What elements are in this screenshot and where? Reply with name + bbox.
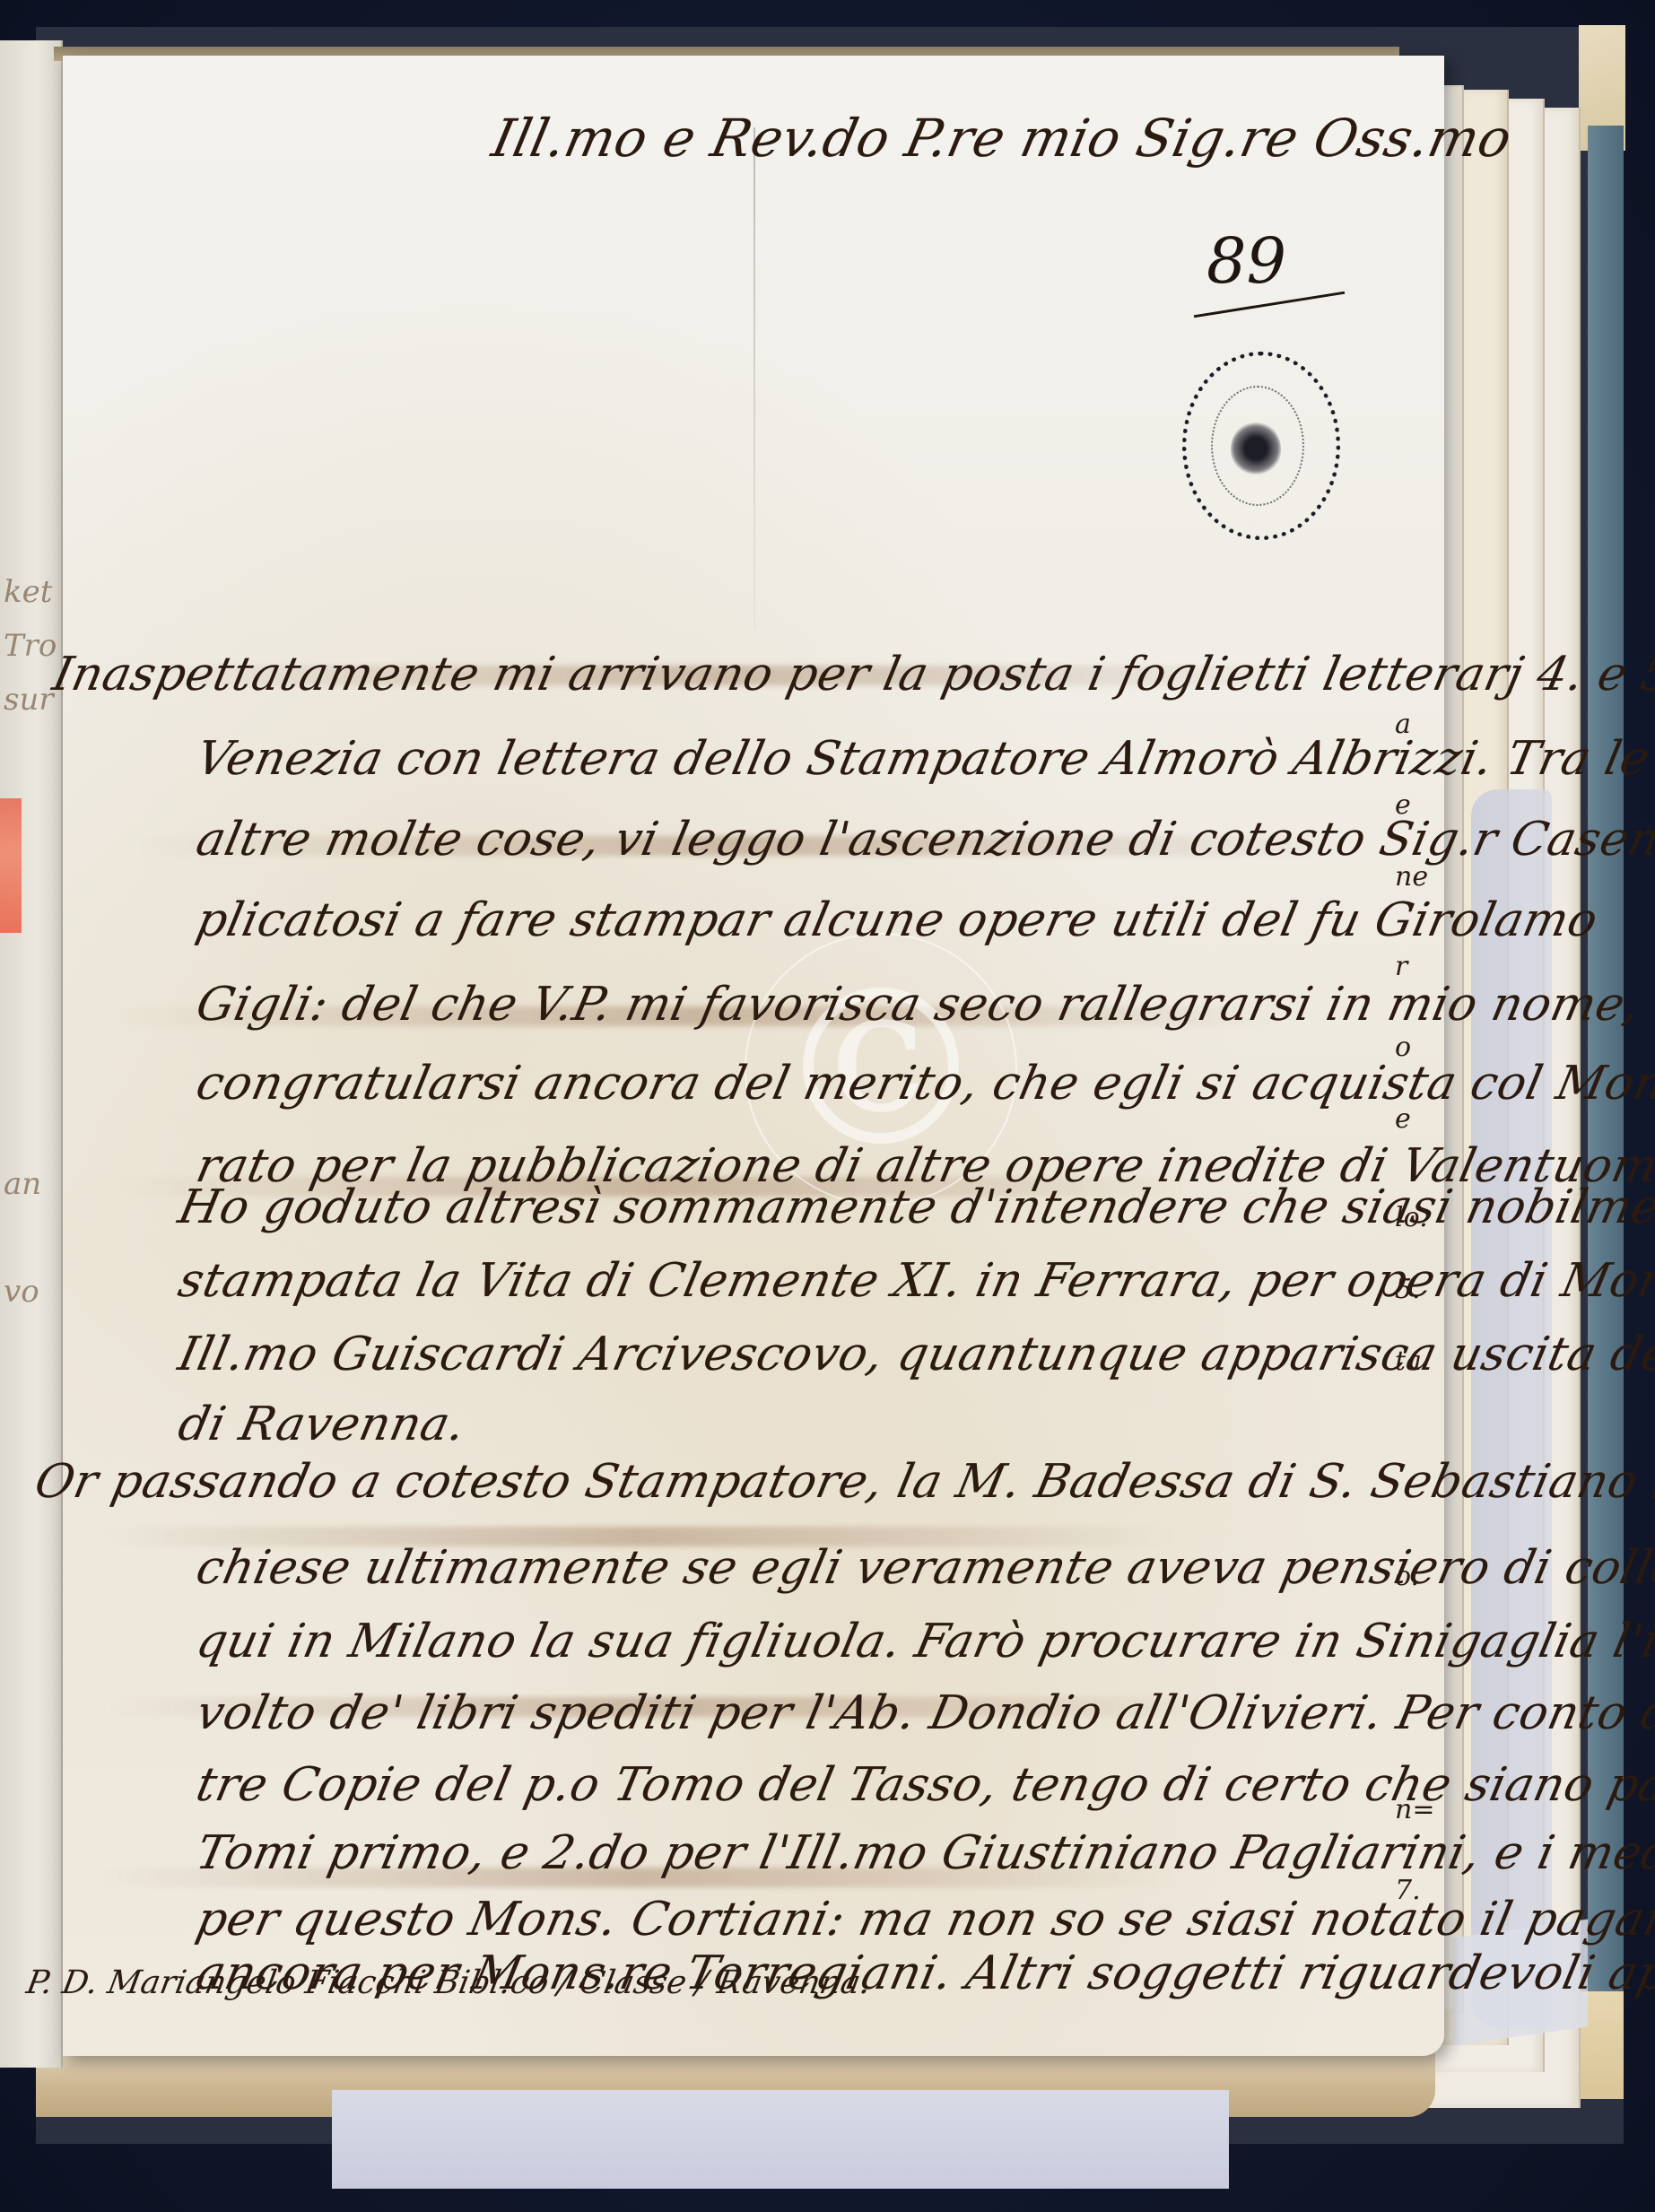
letter-salutation: Ill.mo e Rev.do P.re mio Sig.re Oss.mo [487, 108, 1518, 169]
letter-line: stampata la Vita di Clemente XI. in Ferr… [174, 1254, 1655, 1308]
letter-line: Venezia con lettera dello Stampatore Alm… [192, 732, 1655, 786]
folio-number: 89 [1206, 224, 1286, 298]
letter-line: altre molte cose, vi leggo l'ascenzione … [192, 813, 1655, 867]
margin-note: n= [1395, 1794, 1434, 1825]
letter-line: Tomi primo, e 2.do per l'Ill.mo Giustini… [192, 1826, 1655, 1880]
letter-line: plicatosi a fare stampar alcune opere ut… [192, 893, 1603, 947]
letter-line: di Ravenna. [174, 1398, 471, 1451]
letter-line: Gigli: del che V.P. mi favorisca seco ra… [192, 978, 1655, 1032]
letter-line: Ho goduto altresì sommamente d'intendere… [174, 1180, 1655, 1234]
fold-crease [753, 127, 755, 630]
margin-note: a [1395, 709, 1411, 740]
stamp-emblem-icon [1231, 422, 1281, 475]
margin-note: ta [1395, 1345, 1422, 1377]
letter-line: chiese ultimamente se egli veramente ave… [192, 1541, 1655, 1595]
margin-note: r [1395, 951, 1407, 982]
margin-note: e [1395, 789, 1411, 821]
facing-page-text: Tro [4, 628, 57, 664]
letter-line: tre Copie del p.o Tomo del Tasso, tengo … [192, 1758, 1655, 1812]
facing-page-text: vo [4, 1274, 57, 1310]
red-tab-marker [0, 798, 22, 933]
margin-note: o. [1395, 1561, 1419, 1592]
facing-page-text: an [4, 1166, 57, 1202]
letter-line: qui in Milano la sua figliuola. Farò pro… [192, 1615, 1655, 1668]
margin-note: 5. [1395, 1274, 1421, 1305]
letter-line: volto de' libri spediti per l'Ab. Dondio… [192, 1686, 1655, 1740]
letter-line: per questo Mons. Cortiani: ma non so se … [192, 1893, 1655, 1946]
letter-line: Or passando a cotesto Stampatore, la M. … [30, 1455, 1655, 1509]
margin-note: lo. [1395, 1202, 1428, 1233]
attribution-note: P. D. Mariangelo Fiacchi Bibl.co / Class… [23, 1964, 874, 2001]
facing-page-strip [0, 40, 63, 2068]
facing-page-text: ket [4, 574, 57, 610]
letter-line: congratularsi ancora del merito, che egl… [192, 1057, 1655, 1110]
margin-note: o [1395, 1032, 1411, 1063]
letter-line: Ill.mo Guiscardi Arcivescovo, quantunque… [174, 1328, 1655, 1381]
margin-note: e [1395, 1103, 1411, 1135]
margin-note: 7. [1395, 1875, 1421, 1906]
margin-note: ne [1395, 861, 1428, 893]
tissue-interleaf-bottom [332, 2090, 1229, 2189]
letter-line: Inaspettatamente mi arrivano per la post… [48, 648, 1655, 701]
